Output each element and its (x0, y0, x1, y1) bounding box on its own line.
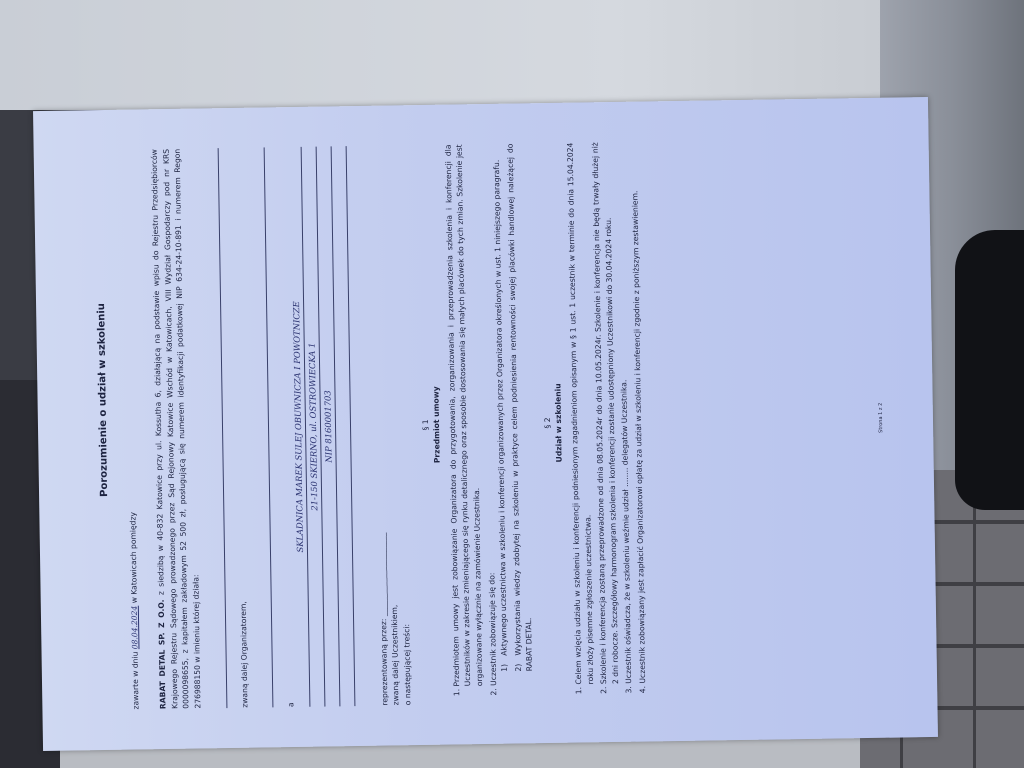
handwritten-date: 08.04.2024 (129, 606, 139, 650)
organizer-name: RABAT DETAL SP. Z O.O. (157, 599, 168, 709)
separator-line (252, 147, 274, 707)
concluded-line: zawarte w dniu 08.04.2024 w Katowicach p… (121, 150, 141, 710)
concluded-suffix: w Katowicach pomiędzy (128, 512, 138, 603)
organizer-paragraph: RABAT DETAL SP. Z O.O. z siedzibą w 40-8… (149, 149, 204, 710)
background-wall (0, 0, 1024, 110)
background-shoe (955, 230, 1024, 510)
concluded-prefix: zawarte w dniu (130, 652, 140, 710)
list-item: Przedmiotem umowy jest zobowiązanie Orga… (442, 144, 485, 686)
document-page: Porozumienie o udział w szkoleniu zawart… (94, 137, 923, 710)
section-2-list: Celem wzięcia udziału w szkoleniu i konf… (565, 142, 649, 703)
list-item: Uczestnik zobowiązuje się do: 1)Aktywneg… (479, 143, 536, 686)
signature-line-organizer (205, 148, 227, 708)
section-1-list: Przedmiotem umowy jest zobowiązanie Orga… (442, 143, 536, 704)
organizer-called: zwaną dalej Organizatorem, (230, 148, 250, 708)
document-title: Porozumienie o udział w szkoleniu (94, 150, 114, 710)
paper-sheet: Porozumienie o udział w szkoleniu zawart… (33, 97, 938, 751)
page-footer: Strona 1 z 2 (872, 138, 892, 698)
